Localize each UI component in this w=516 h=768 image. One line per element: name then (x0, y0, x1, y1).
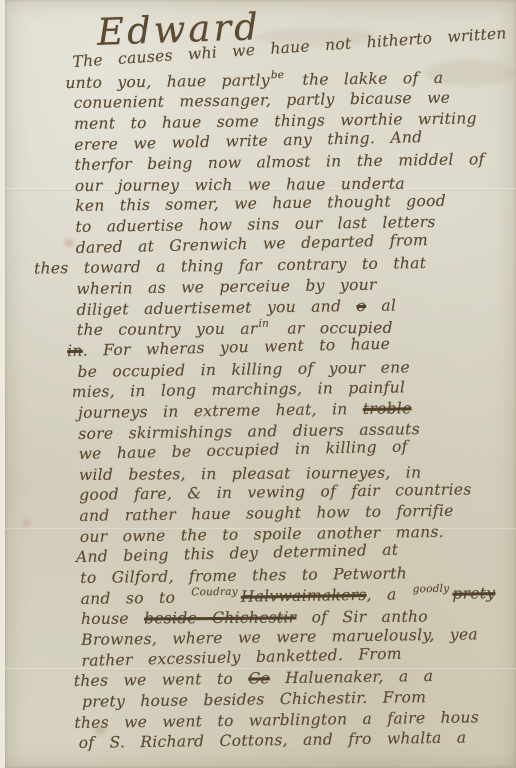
manuscript-line: wild bestes, in pleasat iourneyes, in (79, 461, 516, 485)
ink-speck (65, 240, 73, 246)
manuscript-text: unto you, haue partly (65, 71, 270, 92)
manuscript-text: of S. Richard Cottons, and fro whalta a (79, 729, 467, 752)
struck-out-text: Ce (248, 670, 270, 688)
struck-out-text: beside Chichestir (144, 609, 296, 628)
manuscript-paper: Edward The causes whi we haue not hither… (5, 0, 516, 768)
interlinear-insertion: in (258, 318, 269, 330)
manuscript-line: house beside Chichestir of Sir antho (81, 606, 516, 630)
manuscript-text: wherin as we perceiue by your (76, 276, 377, 298)
manuscript-line: our journey wich we haue underta (75, 172, 516, 196)
photo-frame: Edward The causes whi we haue not hither… (0, 0, 516, 768)
manuscript-lines: The causes whi we haue not hitherto writ… (73, 45, 516, 754)
struck-out-text: in (67, 342, 83, 360)
manuscript-text: , a (366, 585, 411, 604)
interlinear-insertion: goodly (413, 582, 450, 595)
manuscript-text: of Sir antho (296, 608, 428, 627)
manuscript-text: house (81, 610, 144, 628)
manuscript-text: to Gilford, frome thes to Petworth (80, 564, 407, 587)
manuscript-text: the lakke of a (287, 68, 443, 88)
interlinear-insertion: Coudray (191, 585, 238, 598)
manuscript-text: wild bestes, in pleasat iourneyes, in (79, 463, 422, 483)
ink-speck (23, 520, 30, 526)
manuscript-text: prety house besides Chichestir. From (82, 688, 426, 711)
manuscript-text: diliget aduertisemet you and (76, 297, 356, 319)
manuscript-text: mies, in long marchings, in painful (72, 379, 406, 402)
manuscript-text: be occupied in killing of your ene (77, 358, 410, 381)
struck-out-text: Halvwaimakers (241, 586, 367, 606)
manuscript-text: al (366, 296, 396, 314)
manuscript-text: our journey wich we haue underta (75, 175, 405, 195)
manuscript-text: Haluenaker, a a (270, 667, 434, 687)
manuscript-text: and so to (81, 588, 191, 608)
manuscript-text: journeys in extreme heat, in (78, 400, 363, 422)
struck-out-text: troble (363, 399, 412, 418)
manuscript-text: thes we went to (74, 670, 249, 690)
interlinear-insertion: be (271, 69, 285, 81)
struck-out-text: prety (452, 584, 495, 603)
struck-out-text: o (356, 297, 366, 315)
